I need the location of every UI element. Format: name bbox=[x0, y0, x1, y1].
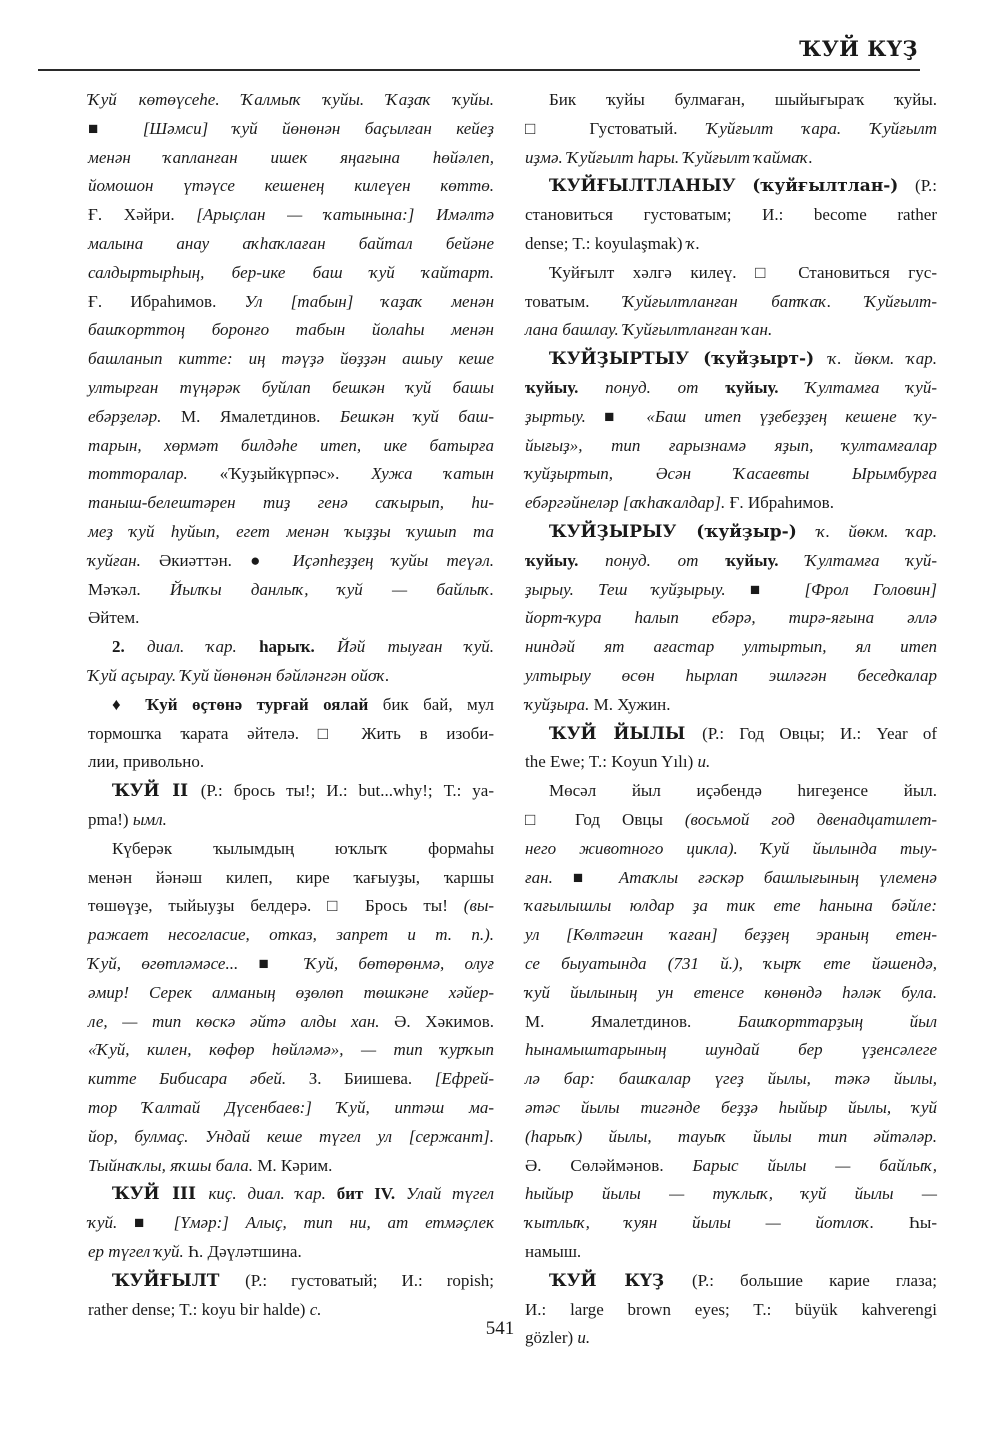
text-line: ҠУЙ ЙЫЛЫ (Р.: Год Овцы; И.: Year of bbox=[525, 720, 937, 748]
text-line: pma!) ымл. bbox=[88, 806, 494, 834]
text-line: лә бар: башҡалар үгеҙ йылы, тәкә йылы, bbox=[525, 1065, 937, 1093]
text-run: ҡуйыу. bbox=[725, 551, 805, 570]
text-run: [Ефрей- bbox=[435, 1069, 494, 1088]
text-line: (һарыҡ) йылы, тауыҡ йылы тип әйтәләр. bbox=[525, 1123, 937, 1151]
text-run: и. bbox=[698, 752, 711, 771]
text-run: ҡуйҙыртып, Әсән Ҡасаевты Ырымбурға bbox=[525, 464, 937, 483]
text-line: таныш-белештәрен тиҙ генә саҡырып, һи- bbox=[88, 489, 494, 517]
text-run: Бик ҡуйы булмаған, шыйығыраҡ ҡуйы. bbox=[549, 90, 937, 109]
text-run: Һ. Дәүләтшина. bbox=[188, 1242, 302, 1261]
text-run: ҡ. йөкм. ҡар. bbox=[817, 522, 937, 541]
text-run: понуд. от bbox=[605, 378, 725, 397]
text-line: башланып китте: иң тәүҙә йөҙҙән ашыу кеш… bbox=[88, 345, 494, 373]
headword: ҠУЙ II bbox=[112, 781, 201, 801]
text-run: ■ bbox=[604, 407, 646, 426]
text-run: (Р.: густоватый; И.: ropish; bbox=[245, 1271, 494, 1290]
text-run: Улай түгел bbox=[406, 1184, 494, 1203]
text-run: тарын, хөрмәт билдәһе итеп, ике батырға bbox=[88, 436, 494, 455]
text-run: [Шәмси] ҡуй йөнөнән баҫылған кейеҙ bbox=[143, 119, 494, 138]
text-line: ултырған түңәрәк буйлап бешкән ҡуй башы bbox=[88, 374, 494, 402]
text-run: башланып китте: иң тәүҙә йөҙҙән ашыу кеш… bbox=[88, 349, 494, 368]
text-run: Ҡуй аҫырау. Ҡуй йөнөнән бәйләнгән ойоҡ. bbox=[88, 666, 390, 685]
text-run: ле, — тип көскә әйтә алды хан. bbox=[88, 1012, 394, 1031]
text-run: ражает несогласие, отказ, запрет и т. п.… bbox=[88, 925, 494, 944]
text-line: башҡорттоң боронғо табын йолаһы менән bbox=[88, 316, 494, 344]
text-run: ■ bbox=[88, 119, 143, 138]
text-line: ҡуйҙыра. М. Хужин. bbox=[525, 691, 937, 719]
text-run: ♦ Ҡуй өҫтөнә турғай оялай bbox=[112, 695, 383, 714]
text-line: □ Год Овцы (восьмой год двенадцатилет- bbox=[525, 806, 937, 834]
text-run: Ә. Сөләймәнов. bbox=[525, 1156, 692, 1175]
text-run: (һарыҡ) йылы, тауыҡ йылы тип әйтәләр. bbox=[525, 1127, 937, 1146]
text-run: Барыс йылы — байлыҡ, bbox=[692, 1156, 937, 1175]
text-run: Әйтем. bbox=[88, 608, 139, 627]
text-line: йор, булмаҫ. Ундай кеше түгел ул [сержан… bbox=[88, 1123, 494, 1151]
text-line: Күберәк ҡылымдың юҡлыҡ формаһы bbox=[88, 835, 494, 863]
text-run: Ҡуй, бөтөрөнмә, олуғ bbox=[305, 954, 494, 973]
text-run: ■ bbox=[573, 868, 619, 887]
text-run: ҡуйыу. bbox=[725, 378, 805, 397]
text-run: Ғ. Хәйри. bbox=[88, 205, 196, 224]
text-run: Бешкән ҡуй баш- bbox=[340, 407, 494, 426]
text-run: әтәс йылы тигәнде беҙҙә һыйыр йылы, ҡуй bbox=[525, 1098, 937, 1117]
text-run: ҡуйҙыра. bbox=[525, 695, 594, 714]
text-run: ул [Көлтәгин ҡаған] беҙҙең эраның етен- bbox=[525, 925, 937, 944]
text-run: □ Густоватый. bbox=[525, 119, 707, 138]
text-run: һарыҡ. bbox=[259, 637, 337, 656]
text-run: Атаҡлы ғәскәр башлығының үлеменә bbox=[619, 868, 937, 887]
text-run: ҙырыу. Теш ҡуйҙырыу. bbox=[525, 580, 750, 599]
text-run: (Р.: Год Овцы; И.: Year of bbox=[702, 724, 937, 743]
text-line: ♦ Ҡуй өҫтөнә турғай оялай бик бай, мул bbox=[88, 691, 494, 719]
text-run: М. Ямалетдинов. bbox=[525, 1012, 738, 1031]
text-line: ҠУЙҘЫРТЫУ (ҡуйҙырт-) ҡ. йөкм. ҡар. bbox=[525, 345, 937, 373]
text-line: «Ҡуй, килен, көфөр һөйләмә», — тип ҡурҡы… bbox=[88, 1036, 494, 1064]
text-run: ҡуйыу. bbox=[525, 378, 605, 397]
text-run: ■ bbox=[134, 1213, 174, 1232]
text-run: намыш. bbox=[525, 1242, 581, 1261]
text-run: (вы- bbox=[464, 896, 494, 915]
text-run: Иҫәпһеҙҙең ҡуйы теүәл. bbox=[292, 551, 494, 570]
text-run: ултырған түңәрәк буйлап бешкән ҡуй башы bbox=[88, 378, 494, 397]
text-line: ҠУЙ III киҫ. диал. ҡар. бит IV. Улай түг… bbox=[88, 1180, 494, 1208]
text-line: ле, — тип көскә әйтә алды хан. Ә. Хәкимо… bbox=[88, 1008, 494, 1036]
text-run: се быуатында (731 й.), ҡырҡ ете йәшендә, bbox=[525, 954, 937, 973]
text-run: товатым. bbox=[525, 292, 623, 311]
text-line: ҙырыу. Теш ҡуйҙырыу. ■ [Фрол Головин] bbox=[525, 576, 937, 604]
text-line: ражает несогласие, отказ, запрет и т. п.… bbox=[88, 921, 494, 949]
text-line: Ҡуй аҫырау. Ҡуй йөнөнән бәйләнгән ойоҡ. bbox=[88, 662, 494, 690]
text-run: китте Бибисара әбей. bbox=[88, 1069, 309, 1088]
headword: ҠУЙ III bbox=[112, 1184, 208, 1204]
text-run: ҡытлыҡ, ҡуян йылы — йотлоҡ. bbox=[525, 1213, 909, 1232]
text-line: ҡуйҙыртып, Әсән Ҡасаевты Ырымбурға bbox=[525, 460, 937, 488]
text-run: «Ҡуй, килен, көфөр һөйләмә», — тип ҡурҡы… bbox=[88, 1040, 494, 1059]
text-run: Ғ. Ибраһимов. bbox=[88, 292, 244, 311]
text-run: йорт-ҡура һалып ебәрә, тирә-яғына әллә bbox=[525, 608, 937, 627]
text-run: Һы- bbox=[909, 1213, 937, 1232]
text-run: Ҡуй көтөүсеһе. Ҡалмыҡ ҡуйы. Ҡаҙаҡ ҡуйы. bbox=[88, 90, 494, 109]
text-run: с. bbox=[310, 1300, 322, 1319]
text-run: һынамыштарының шундай бер үҙенсәлеге bbox=[525, 1040, 937, 1059]
headword: ҠУЙ ЙЫЛЫ bbox=[549, 724, 702, 744]
text-run: (Р.: большие карие глаза; bbox=[692, 1271, 937, 1290]
text-run: әмир! Серек алманың өҙөлөп төшкәне хәйер… bbox=[88, 983, 494, 1002]
text-run: Мәҡәл. bbox=[88, 580, 170, 599]
text-line: салдыртырһың, бер-ике баш ҡуй ҡайтарт. bbox=[88, 259, 494, 287]
text-line: се быуатында (731 й.), ҡырҡ ете йәшендә, bbox=[525, 950, 937, 978]
text-run: Әкиәттән. ● bbox=[159, 551, 292, 570]
text-run: башҡорттоң боронғо табын йолаһы менән bbox=[88, 320, 494, 339]
text-run: 2. bbox=[112, 637, 147, 656]
text-run: бик бай, мул bbox=[383, 695, 494, 714]
text-run: менән йәнәш килеп, кире ҡағыуҙы, ҡаршы bbox=[88, 868, 494, 887]
text-run: rather dense; T.: koyu bir halde) bbox=[88, 1300, 310, 1319]
text-run: Йылҡы данлыҡ, ҡуй — байлыҡ. bbox=[170, 580, 494, 599]
headword: ҠУЙ КҮҘ bbox=[549, 1271, 692, 1291]
text-run: лә бар: башҡалар үгеҙ йылы, тәкә йылы, bbox=[525, 1069, 937, 1088]
text-run: the Ewe; T.: Koyun Yılı) bbox=[525, 752, 698, 771]
text-line: Тыйнаҡлы, яҡшы бала. М. Кәрим. bbox=[88, 1152, 494, 1180]
text-run: төшөүҙе, тыйыуҙы белдерә. □ Брось ты! bbox=[88, 896, 464, 915]
text-line: М. Ямалетдинов. Башҡорттарҙың йыл bbox=[525, 1008, 937, 1036]
text-run: Ҡуй, өгөтләмәсе... bbox=[88, 954, 258, 973]
text-run: ҡ. bbox=[687, 234, 700, 253]
text-run: Хужа ҡатын bbox=[371, 464, 494, 483]
text-line: ҠУЙ КҮҘ (Р.: большие карие глаза; bbox=[525, 1267, 937, 1295]
text-run: М. Ямалетдинов. bbox=[181, 407, 340, 426]
text-run: Ҡуйғылтланған батҡаҡ. Ҡуйғылт- bbox=[623, 292, 937, 311]
text-run: М. Кәрим. bbox=[257, 1156, 332, 1175]
text-run: ымл. bbox=[133, 810, 167, 829]
text-run: [Үмәр:] Алыҫ, тип ни, ат етмәҫлек bbox=[174, 1213, 494, 1232]
text-run: тормошҡа ҡарата әйтелә. □ Жить в изоби- bbox=[88, 724, 494, 743]
text-run: лана башлау. Ҡуйғылтланған ҡан. bbox=[525, 320, 772, 339]
text-run: М. Хужин. bbox=[594, 695, 671, 714]
text-run: Ул [табын] ҡаҙаҡ менән bbox=[244, 292, 494, 311]
text-line: ҡағылышлы юлдар ҙа тик ете һанына бәйле: bbox=[525, 892, 937, 920]
text-run: иҙмә. Ҡуйғылт һары. Ҡуйғылт ҡаймаҡ. bbox=[525, 148, 813, 167]
text-line: тор Ҡалтай Дүсенбаев:] Ҡуй, иптәш ма- bbox=[88, 1094, 494, 1122]
text-run: ҡуйыу. bbox=[525, 551, 605, 570]
text-run: Тыйнаҡлы, яҡшы бала. bbox=[88, 1156, 257, 1175]
text-line: Ҡуй, өгөтләмәсе... ■ Ҡуй, бөтөрөнмә, олу… bbox=[88, 950, 494, 978]
text-line: товатым. Ҡуйғылтланған батҡаҡ. Ҡуйғылт- bbox=[525, 288, 937, 316]
text-run: тотторалар. bbox=[88, 464, 220, 483]
text-line: Ә. Сөләймәнов. Барыс йылы — байлыҡ, bbox=[525, 1152, 937, 1180]
text-run: [Арыҫлан — ҡатынына:] Имәлтә bbox=[196, 205, 494, 224]
text-run: ған. bbox=[525, 868, 573, 887]
header-rule bbox=[38, 69, 920, 71]
text-line: Мөсәл йыл иҫәбендә һигеҙенсе йыл. bbox=[525, 777, 937, 805]
text-run: И.: large brown eyes; T.: büyük kahveren… bbox=[525, 1300, 937, 1319]
text-line: ҡуйған. Әкиәттән. ● Иҫәпһеҙҙең ҡуйы теүә… bbox=[88, 547, 494, 575]
page-number: 541 bbox=[0, 1318, 1000, 1340]
text-run: һыйыр йылы — туҡлыҡ, ҡуй йылы — bbox=[525, 1184, 937, 1203]
text-line: Мәҡәл. Йылҡы данлыҡ, ҡуй — байлыҡ. bbox=[88, 576, 494, 604]
text-run: Йәй тыуған ҡуй. bbox=[337, 637, 494, 656]
text-run: ҡуй. bbox=[88, 1213, 134, 1232]
text-line: ебәргәйнеләр [аҡһаҡалдар]. Ғ. Ибраһимов. bbox=[525, 489, 937, 517]
text-line: йығыҙ», тип ғарызнамә яҙып, ҡултамғалар bbox=[525, 432, 937, 460]
headword: ҠУЙҒЫЛТ bbox=[112, 1271, 245, 1291]
text-run: pma!) bbox=[88, 810, 133, 829]
text-run: ҡ. йөкм. ҡар. bbox=[828, 349, 937, 368]
text-line: dense; T.: koyulaşmak) ҡ. bbox=[525, 230, 937, 258]
text-line: □ Густоватый. Ҡуйғылт ҡара. Ҡуйғылт bbox=[525, 115, 937, 143]
text-run: йор, булмаҫ. Ундай кеше түгел ул [сержан… bbox=[88, 1127, 494, 1146]
text-line: малына анау аҡһаҡлаған байтал бейәне bbox=[88, 230, 494, 258]
text-line: төшөүҙе, тыйыуҙы белдерә. □ Брось ты! (в… bbox=[88, 892, 494, 920]
text-run: (Р.: bbox=[915, 176, 937, 195]
headword: ҠУЙҘЫРТЫУ (ҡуйҙырт-) bbox=[549, 349, 828, 369]
text-run: малына анау аҡһаҡлаған байтал бейәне bbox=[88, 234, 494, 253]
text-run: (восьмой год двенадцатилет- bbox=[685, 810, 937, 829]
text-line: него животного цикла). Ҡуй йылында тыу- bbox=[525, 835, 937, 863]
text-line: меҙ ҡуй һуйып, егет менән ҡыҙҙы ҡушып та bbox=[88, 518, 494, 546]
text-run: Ғ. Ибраһимов. bbox=[730, 493, 834, 512]
text-line: ған. ■ Атаҡлы ғәскәр башлығының үлеменә bbox=[525, 864, 937, 892]
text-run: салдыртырһың, бер-ике баш ҡуй ҡайтарт. bbox=[88, 263, 494, 282]
text-run: Ә. Хәкимов. bbox=[394, 1012, 494, 1031]
text-line: ■ [Шәмси] ҡуй йөнөнән баҫылған кейеҙ bbox=[88, 115, 494, 143]
text-run: становиться густоватым; И.: become rathe… bbox=[525, 205, 937, 224]
text-run: понуд. от bbox=[605, 551, 725, 570]
text-run: тор Ҡалтай Дүсенбаев:] Ҡуй, иптәш ма- bbox=[88, 1098, 494, 1117]
text-run: лии, привольно. bbox=[88, 752, 204, 771]
text-line: ниндәй ят ағастар ултыртып, ял итеп bbox=[525, 633, 937, 661]
text-run: киҫ. диал. ҡар. bbox=[208, 1184, 336, 1203]
headword: ҠУЙҘЫРЫУ (ҡуйҙыр-) bbox=[549, 522, 817, 542]
text-line: һыйыр йылы — туҡлыҡ, ҡуй йылы — bbox=[525, 1180, 937, 1208]
text-line: ҠУЙҒЫЛТ (Р.: густоватый; И.: ropish; bbox=[88, 1267, 494, 1295]
text-line: ер түгел ҡуй. Һ. Дәүләтшина. bbox=[88, 1238, 494, 1266]
text-run: ултырыу өсөн һырлап эшләгән беседкалар bbox=[525, 666, 937, 685]
text-run: Күберәк ҡылымдың юҡлыҡ формаһы bbox=[112, 839, 494, 858]
text-line: ул [Көлтәгин ҡаған] беҙҙең эраның етен- bbox=[525, 921, 937, 949]
text-line: ҡуйыу. понуд. от ҡуйыу. Ҡултамға ҡуй- bbox=[525, 374, 937, 402]
text-line: йорт-ҡура һалып ебәрә, тирә-яғына әллә bbox=[525, 604, 937, 632]
text-run: З. Биишева. bbox=[309, 1069, 435, 1088]
text-run: ниндәй ят ағастар ултыртып, ял итеп bbox=[525, 637, 937, 656]
text-line: тотторалар. «Ҡуҙыйкүрпәс». Хужа ҡатын bbox=[88, 460, 494, 488]
text-line: ҡуйыу. понуд. от ҡуйыу. Ҡултамға ҡуй- bbox=[525, 547, 937, 575]
text-run: менән ҡапланған ишек яңағына һөйәлеп, bbox=[88, 148, 494, 167]
text-run: таныш-белештәрен тиҙ генә саҡырып, һи- bbox=[88, 493, 494, 512]
text-run: Башҡорттарҙың йыл bbox=[738, 1012, 937, 1031]
text-line: ҡуй. ■ [Үмәр:] Алыҫ, тип ни, ат етмәҫлек bbox=[88, 1209, 494, 1237]
headword: ҠУЙҒЫЛТЛАНЫУ (ҡуйғылтлан-) bbox=[549, 176, 915, 196]
text-run: меҙ ҡуй һуйып, егет менән ҡыҙҙы ҡушып та bbox=[88, 522, 494, 541]
text-line: әмир! Серек алманың өҙөлөп төшкәне хәйер… bbox=[88, 979, 494, 1007]
text-line: ҠУЙҘЫРЫУ (ҡуйҙыр-) ҡ. йөкм. ҡар. bbox=[525, 518, 937, 546]
text-line: тормошҡа ҡарата әйтелә. □ Жить в изоби- bbox=[88, 720, 494, 748]
text-run: йомошон үтәүсе кешенең килеүен көттө. bbox=[88, 176, 494, 195]
text-run: бит IV. bbox=[337, 1184, 406, 1203]
text-run: ҡуйған. bbox=[88, 551, 159, 570]
text-line: Ҡуй көтөүсеһе. Ҡалмыҡ ҡуйы. Ҡаҙаҡ ҡуйы. bbox=[88, 86, 494, 114]
text-line: ҠУЙҒЫЛТЛАНЫУ (ҡуйғылтлан-) (Р.: bbox=[525, 172, 937, 200]
text-line: менән йәнәш килеп, кире ҡағыуҙы, ҡаршы bbox=[88, 864, 494, 892]
text-run: ҡағылышлы юлдар ҙа тик ете һанына бәйле: bbox=[525, 896, 937, 915]
text-line: 2. диал. ҡар. һарыҡ. Йәй тыуған ҡуй. bbox=[88, 633, 494, 661]
text-run: Ҡултамға ҡуй- bbox=[805, 551, 937, 570]
text-run: Ҡуйғылт хәлгә килеү. □ Становиться гус- bbox=[549, 263, 937, 282]
text-run: ер түгел ҡуй. bbox=[88, 1242, 188, 1261]
text-line: the Ewe; T.: Koyun Yılı) и. bbox=[525, 748, 937, 776]
text-line: намыш. bbox=[525, 1238, 937, 1266]
text-run: «Баш итеп үҙебеҙҙең кешене ҡу- bbox=[646, 407, 937, 426]
text-line: һынамыштарының шундай бер үҙенсәлеге bbox=[525, 1036, 937, 1064]
text-line: Ҡуйғылт хәлгә килеү. □ Становиться гус- bbox=[525, 259, 937, 287]
text-line: иҙмә. Ҡуйғылт һары. Ҡуйғылт ҡаймаҡ. bbox=[525, 144, 937, 172]
text-run: «Ҡуҙыйкүрпәс». bbox=[220, 464, 372, 483]
text-run: Ҡултамға ҡуй- bbox=[805, 378, 937, 397]
text-line: Ғ. Хәйри. [Арыҫлан — ҡатынына:] Имәлтә bbox=[88, 201, 494, 229]
text-line: тарын, хөрмәт билдәһе итеп, ике батырға bbox=[88, 432, 494, 460]
running-head: ҠУЙ КҮҘ bbox=[799, 36, 918, 61]
text-line: ҡытлыҡ, ҡуян йылы — йотлоҡ. Һы- bbox=[525, 1209, 937, 1237]
text-line: ултырыу өсөн һырлап эшләгән беседкалар bbox=[525, 662, 937, 690]
text-run: dense; T.: koyulaşmak) bbox=[525, 234, 687, 253]
text-run: ■ bbox=[258, 954, 305, 973]
text-run: □ Год Овцы bbox=[525, 810, 685, 829]
text-run: Ҡуйғылт ҡара. Ҡуйғылт bbox=[707, 119, 937, 138]
text-line: китте Бибисара әбей. З. Биишева. [Ефрей- bbox=[88, 1065, 494, 1093]
text-run: ебәрҙеләр. bbox=[88, 407, 181, 426]
text-line: Ғ. Ибраһимов. Ул [табын] ҡаҙаҡ менән bbox=[88, 288, 494, 316]
text-line: ҠУЙ II (Р.: брось ты!; И.: but...why!; Т… bbox=[88, 777, 494, 805]
text-run: диал. ҡар. bbox=[147, 637, 259, 656]
text-run: ҡуй йылының ун етенсе көнөндә һәләк була… bbox=[525, 983, 937, 1002]
text-line: Бик ҡуйы булмаған, шыйығыраҡ ҡуйы. bbox=[525, 86, 937, 114]
text-line: менән ҡапланған ишек яңағына һөйәлеп, bbox=[88, 144, 494, 172]
text-line: йомошон үтәүсе кешенең килеүен көттө. bbox=[88, 172, 494, 200]
text-run: ебәргәйнеләр [аҡһаҡалдар]. bbox=[525, 493, 730, 512]
text-line: лии, привольно. bbox=[88, 748, 494, 776]
text-line: ҡуй йылының ун етенсе көнөндә һәләк була… bbox=[525, 979, 937, 1007]
text-line: становиться густоватым; И.: become rathe… bbox=[525, 201, 937, 229]
text-run: ■ bbox=[750, 580, 805, 599]
text-run: йығыҙ», тип ғарызнамә яҙып, ҡултамғалар bbox=[525, 436, 937, 455]
text-line: ебәрҙеләр. М. Ямалетдинов. Бешкән ҡуй ба… bbox=[88, 403, 494, 431]
text-run: Мөсәл йыл иҫәбендә һигеҙенсе йыл. bbox=[549, 781, 937, 800]
text-line: лана башлау. Ҡуйғылтланған ҡан. bbox=[525, 316, 937, 344]
text-run: ҙыртыу. bbox=[525, 407, 604, 426]
text-run: него животного цикла). Ҡуй йылында тыу- bbox=[525, 839, 937, 858]
text-run: [Фрол Головин] bbox=[805, 580, 938, 599]
text-line: әтәс йылы тигәнде беҙҙә һыйыр йылы, ҡуй bbox=[525, 1094, 937, 1122]
text-line: Әйтем. bbox=[88, 604, 494, 632]
text-line: ҙыртыу. ■ «Баш итеп үҙебеҙҙең кешене ҡу- bbox=[525, 403, 937, 431]
text-run: (Р.: брось ты!; И.: but...why!; Т.: ya- bbox=[201, 781, 494, 800]
